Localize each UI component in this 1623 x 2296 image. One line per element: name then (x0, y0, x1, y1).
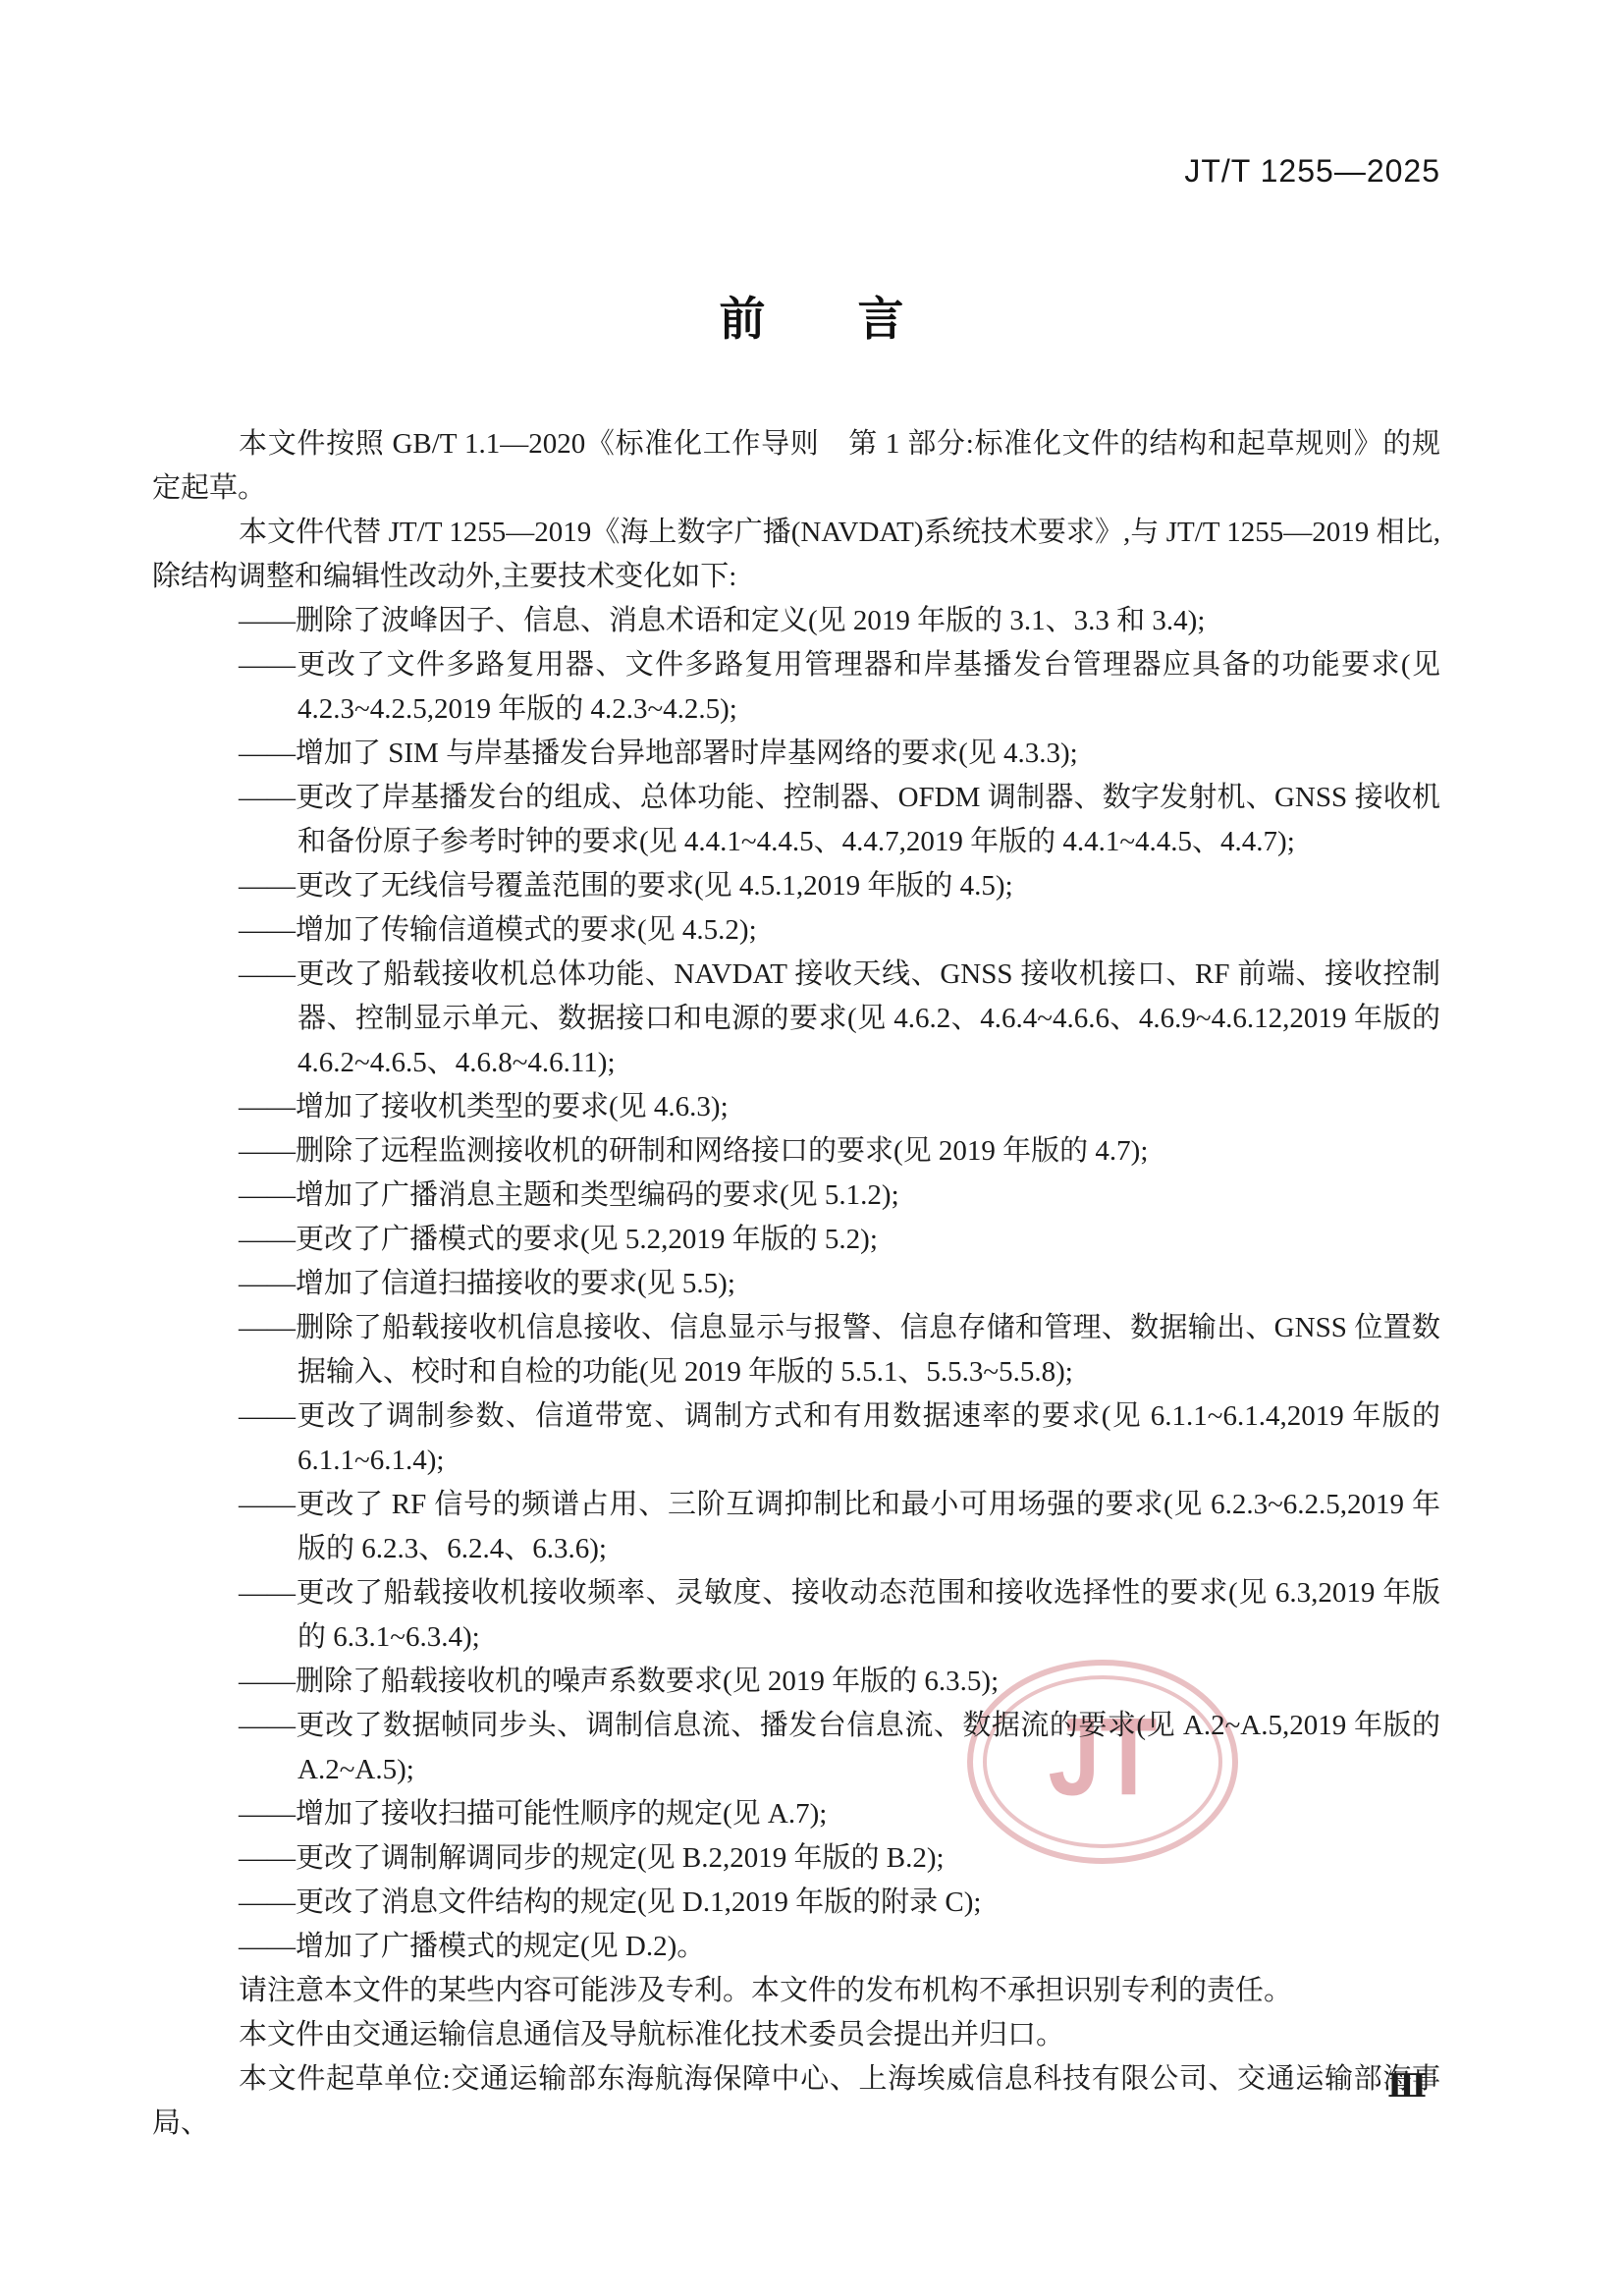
change-item: ——更改了数据帧同步头、调制信息流、播发台信息流、数据流的要求(见 A.2~A.… (152, 1704, 1440, 1792)
intro-paragraph: 本文件按照 GB/T 1.1—2020《标准化工作导则 第 1 部分:标准化文件… (152, 422, 1440, 511)
change-item: ——更改了广播模式的要求(见 5.2,2019 年版的 5.2); (152, 1218, 1440, 1262)
page-number: Ⅲ (1387, 2066, 1427, 2105)
closing-paragraph: 请注意本文件的某些内容可能涉及专利。本文件的发布机构不承担识别专利的责任。 (152, 1969, 1440, 2013)
change-item: ——更改了船载接收机接收频率、灵敏度、接收动态范围和接收选择性的要求(见 6.3… (152, 1571, 1440, 1660)
change-item: ——更改了消息文件结构的规定(见 D.1,2019 年版的附录 C); (152, 1881, 1440, 1925)
change-item: ——删除了波峰因子、信息、消息术语和定义(见 2019 年版的 3.1、3.3 … (152, 599, 1440, 643)
change-item: ——增加了接收机类型的要求(见 4.6.3); (152, 1085, 1440, 1129)
change-item: ——增加了接收扫描可能性顺序的规定(见 A.7); (152, 1792, 1440, 1836)
technical-changes-list: ——删除了波峰因子、信息、消息术语和定义(见 2019 年版的 3.1、3.3 … (152, 599, 1440, 1969)
change-item: ——更改了 RF 信号的频谱占用、三阶互调抑制比和最小可用场强的要求(见 6.2… (152, 1483, 1440, 1571)
change-item: ——删除了远程监测接收机的研制和网络接口的要求(见 2019 年版的 4.7); (152, 1129, 1440, 1174)
change-item: ——更改了调制参数、信道带宽、调制方式和有用数据速率的要求(见 6.1.1~6.… (152, 1394, 1440, 1483)
change-item: ——更改了文件多路复用器、文件多路复用管理器和岸基播发台管理器应具备的功能要求(… (152, 643, 1440, 732)
change-item: ——删除了船载接收机信息接收、信息显示与报警、信息存储和管理、数据输出、GNSS… (152, 1306, 1440, 1394)
change-item: ——更改了调制解调同步的规定(见 B.2,2019 年版的 B.2); (152, 1836, 1440, 1881)
change-item: ——更改了船载接收机总体功能、NAVDAT 接收天线、GNSS 接收机接口、RF… (152, 953, 1440, 1085)
standard-number-header: JT/T 1255—2025 (1184, 153, 1440, 190)
change-item: ——增加了广播模式的规定(见 D.2)。 (152, 1925, 1440, 1969)
intro-paragraph: 本文件代替 JT/T 1255—2019《海上数字广播(NAVDAT)系统技术要… (152, 511, 1440, 599)
closing-paragraph: 本文件起草单位:交通运输部东海航海保障中心、上海埃威信息科技有限公司、交通运输部… (152, 2057, 1440, 2146)
change-item: ——增加了传输信道模式的要求(见 4.5.2); (152, 908, 1440, 953)
change-item: ——更改了无线信号覆盖范围的要求(见 4.5.1,2019 年版的 4.5); (152, 864, 1440, 908)
foreword-content: 本文件按照 GB/T 1.1—2020《标准化工作导则 第 1 部分:标准化文件… (152, 422, 1440, 2146)
document-page: JT/T 1255—2025 前 言 JT 本文件按照 GB/T 1.1—202… (0, 0, 1623, 2296)
change-item: ——删除了船载接收机的噪声系数要求(见 2019 年版的 6.3.5); (152, 1660, 1440, 1704)
change-item: ——增加了信道扫描接收的要求(见 5.5); (152, 1262, 1440, 1306)
change-item: ——增加了广播消息主题和类型编码的要求(见 5.1.2); (152, 1174, 1440, 1218)
page-title: 前 言 (0, 283, 1623, 349)
closing-paragraph: 本文件由交通运输信息通信及导航标准化技术委员会提出并归口。 (152, 2013, 1440, 2057)
change-item: ——增加了 SIM 与岸基播发台异地部署时岸基网络的要求(见 4.3.3); (152, 732, 1440, 776)
change-item: ——更改了岸基播发台的组成、总体功能、控制器、OFDM 调制器、数字发射机、GN… (152, 776, 1440, 864)
